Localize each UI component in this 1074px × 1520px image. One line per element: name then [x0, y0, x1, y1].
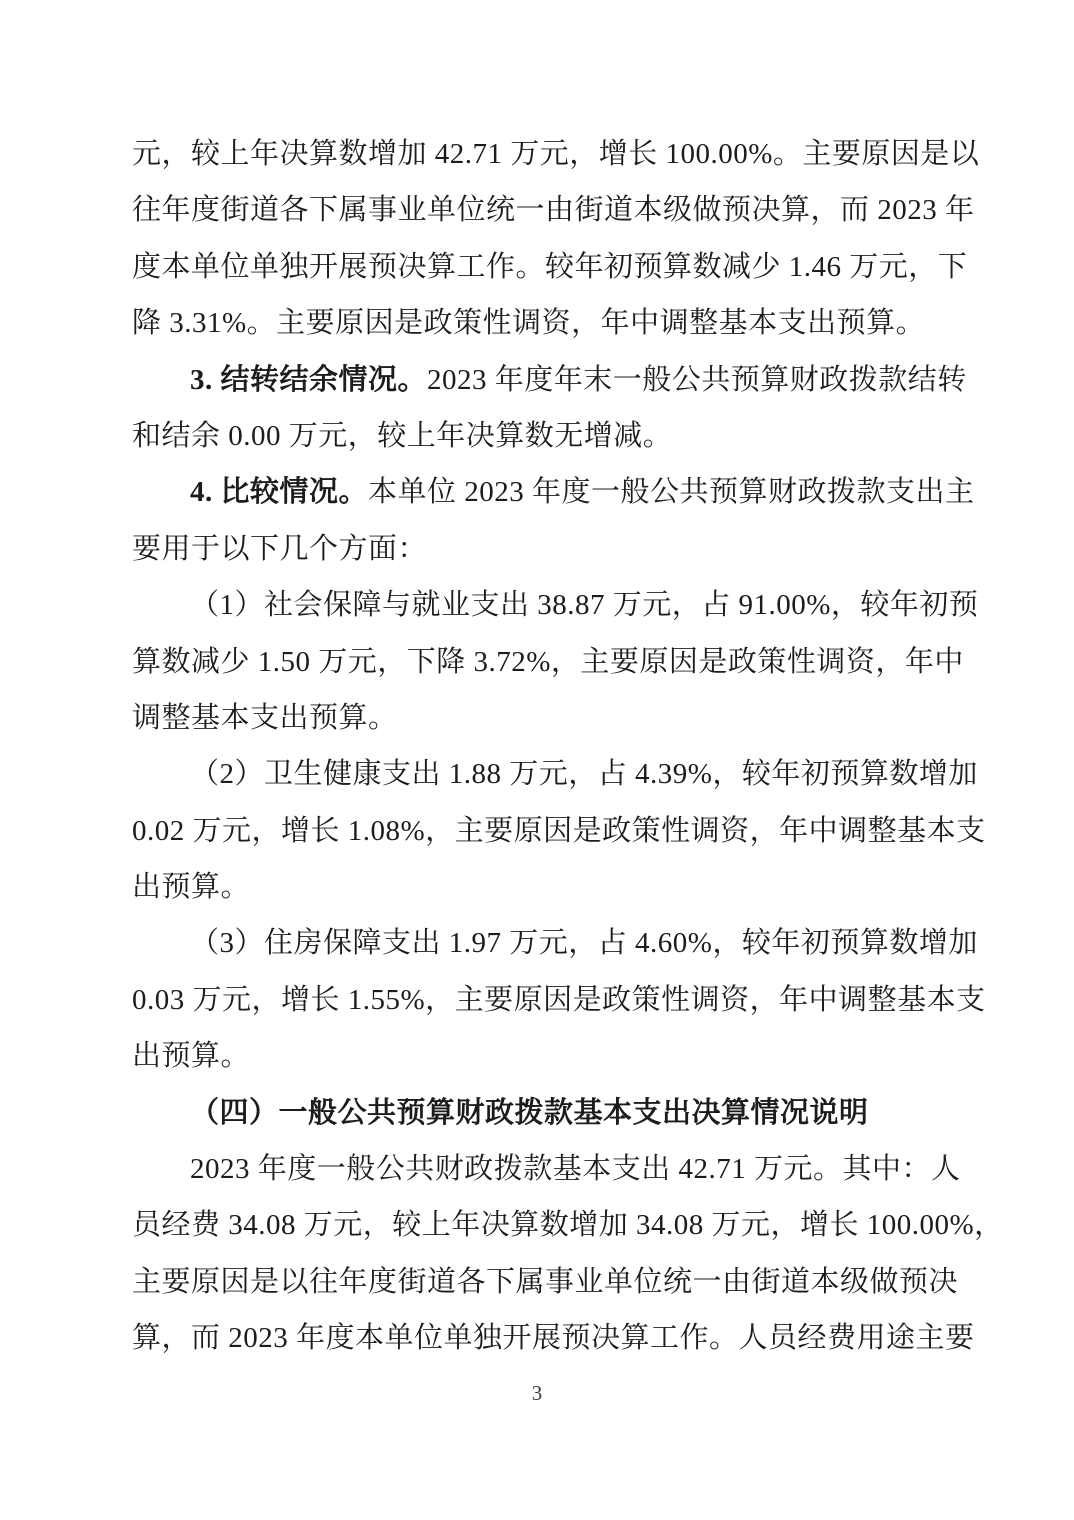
doc-line-item-2: （2）卫生健康支出 1.88 万元，占 4.39%，较年初预算数增加	[132, 746, 941, 802]
doc-line: 0.02 万元，增长 1.08%，主要原因是政策性调资，年中调整基本支	[132, 803, 941, 859]
page-number: 3	[0, 1378, 1074, 1408]
doc-line: 要用于以下几个方面：	[132, 521, 941, 577]
doc-line: 度本单位单独开展预决算工作。较年初预算数减少 1.46 万元，下	[132, 239, 941, 295]
text-run: 2023 年度年末一般公共预算财政拨款结转	[427, 364, 967, 396]
section-heading-run: （四）一般公共预算财政拨款基本支出决算情况说明	[190, 1097, 869, 1129]
document-page: 元，较上年决算数增加 42.71 万元，增长 100.00%。主要原因是以 往年…	[0, 0, 1074, 1520]
document-body: 元，较上年决算数增加 42.71 万元，增长 100.00%。主要原因是以 往年…	[132, 126, 941, 1367]
doc-line-item-3: （3）住房保障支出 1.97 万元，占 4.60%，较年初预算数增加	[132, 915, 941, 971]
doc-line: 0.03 万元，增长 1.55%，主要原因是政策性调资，年中调整基本支	[132, 972, 941, 1028]
doc-line: 算，而 2023 年度本单位单独开展预决算工作。人员经费用途主要	[132, 1310, 941, 1366]
doc-line: 往年度街道各下属事业单位统一由街道本级做预决算，而 2023 年	[132, 182, 941, 238]
doc-line: 调整基本支出预算。	[132, 690, 941, 746]
doc-line: 降 3.31%。主要原因是政策性调资，年中调整基本支出预算。	[132, 295, 941, 351]
heading-run: 4. 比较情况。	[190, 476, 368, 508]
doc-line: 元，较上年决算数增加 42.71 万元，增长 100.00%。主要原因是以	[132, 126, 941, 182]
doc-line-heading-3: 3. 结转结余情况。2023 年度年末一般公共预算财政拨款结转	[132, 352, 941, 408]
doc-line-heading-4: 4. 比较情况。本单位 2023 年度一般公共预算财政拨款支出主	[132, 464, 941, 520]
doc-line-section-heading: （四）一般公共预算财政拨款基本支出决算情况说明	[132, 1085, 941, 1141]
doc-line: 和结余 0.00 万元，较上年决算数无增减。	[132, 408, 941, 464]
doc-line-item-1: （1）社会保障与就业支出 38.87 万元，占 91.00%，较年初预	[132, 577, 941, 633]
doc-line: 主要原因是以往年度街道各下属事业单位统一由街道本级做预决	[132, 1254, 941, 1310]
heading-run: 3. 结转结余情况。	[190, 364, 427, 396]
doc-line: 出预算。	[132, 1028, 941, 1084]
text-run: 本单位 2023 年度一般公共预算财政拨款支出主	[368, 476, 975, 508]
doc-line: 算数减少 1.50 万元，下降 3.72%，主要原因是政策性调资，年中	[132, 634, 941, 690]
doc-line: 2023 年度一般公共财政拨款基本支出 42.71 万元。其中：人	[132, 1141, 941, 1197]
doc-line: 出预算。	[132, 859, 941, 915]
doc-line: 员经费 34.08 万元，较上年决算数增加 34.08 万元，增长 100.00…	[132, 1197, 941, 1253]
